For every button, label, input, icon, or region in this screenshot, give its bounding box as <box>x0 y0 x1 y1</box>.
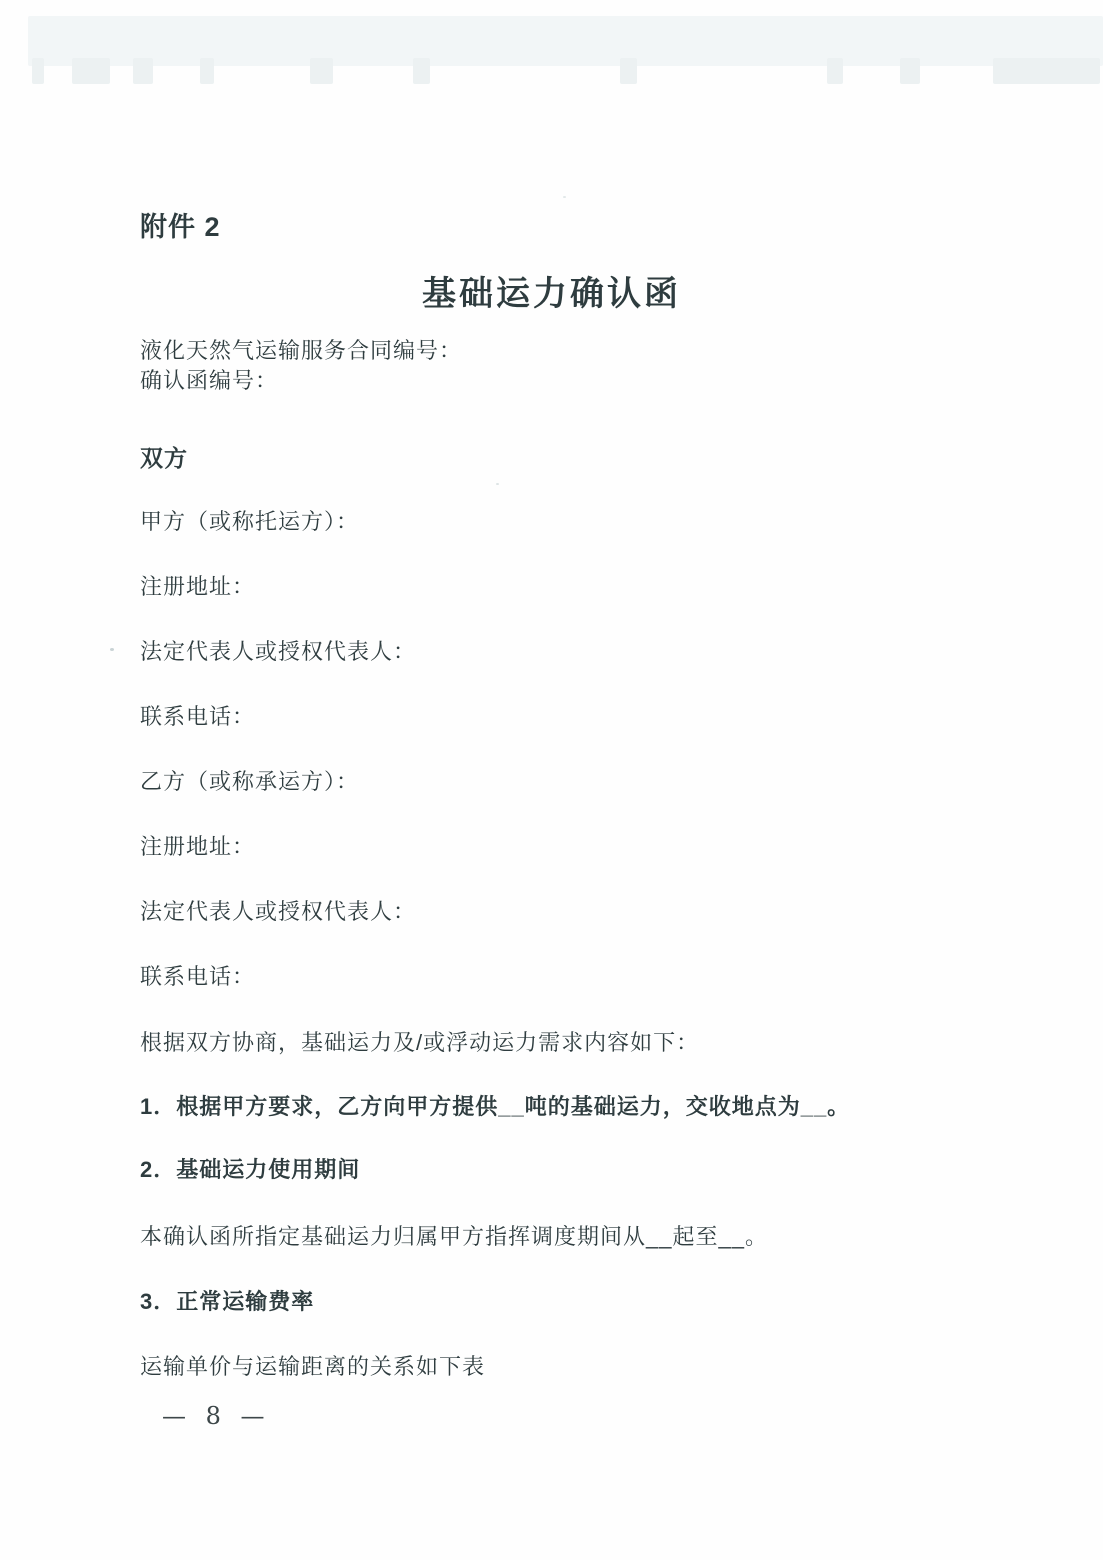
scan-artifact-block <box>900 58 920 84</box>
party-a-label: 甲方（或称托运方）： <box>140 507 359 537</box>
scan-artifact-block <box>133 58 153 84</box>
scan-artifact-block <box>827 58 843 84</box>
parties-heading: 双方 <box>140 440 188 473</box>
clause-2-heading: 2．基础运力使用期间 <box>140 1155 360 1185</box>
party-a-phone-label: 联系电话： <box>140 702 255 732</box>
party-a-address-label: 注册地址： <box>140 572 255 602</box>
party-b-address-label: 注册地址： <box>140 832 255 862</box>
attachment-label: 附件 2 <box>140 205 221 244</box>
document-page: 附件 2 基础运力确认函 液化天然气运输服务合同编号： 确认函编号： 双方 甲方… <box>0 0 1103 1560</box>
scan-artifact-block <box>993 58 1100 84</box>
clause-3-body: 运输单价与运输距离的关系如下表 <box>140 1352 485 1382</box>
scan-artifact-block <box>413 58 430 84</box>
document-title: 基础运力确认函 <box>0 266 1103 315</box>
intro-line: 根据双方协商，基础运力及/或浮动运力需求内容如下： <box>140 1028 699 1058</box>
scan-artifact-block <box>620 58 637 84</box>
meta-block: 液化天然气运输服务合同编号： 确认函编号： <box>140 336 462 396</box>
page-number: — 8 — <box>162 1402 271 1430</box>
scan-speck <box>563 196 566 198</box>
confirmation-number-line: 确认函编号： <box>140 366 462 396</box>
clause-1: 1．根据甲方要求，乙方向甲方提供__吨的基础运力，交收地点为__。 <box>140 1092 850 1122</box>
clause-2-body: 本确认函所指定基础运力归属甲方指挥调度期间从__起至__。 <box>140 1222 768 1252</box>
party-a-rep-label: 法定代表人或授权代表人： <box>140 637 416 667</box>
scan-speck <box>110 648 114 651</box>
party-b-rep-label: 法定代表人或授权代表人： <box>140 897 416 927</box>
scan-speck <box>496 483 499 485</box>
scan-artifact-block <box>310 58 333 84</box>
party-b-label: 乙方（或称承运方）： <box>140 767 359 797</box>
scan-artifact-block <box>200 58 214 84</box>
scan-artifact-band <box>28 16 1103 66</box>
party-b-phone-label: 联系电话： <box>140 962 255 992</box>
scan-artifact-block <box>72 58 110 84</box>
clause-3-heading: 3．正常运输费率 <box>140 1287 314 1317</box>
contract-number-line: 液化天然气运输服务合同编号： <box>140 336 462 366</box>
scan-artifact-block <box>32 58 44 84</box>
